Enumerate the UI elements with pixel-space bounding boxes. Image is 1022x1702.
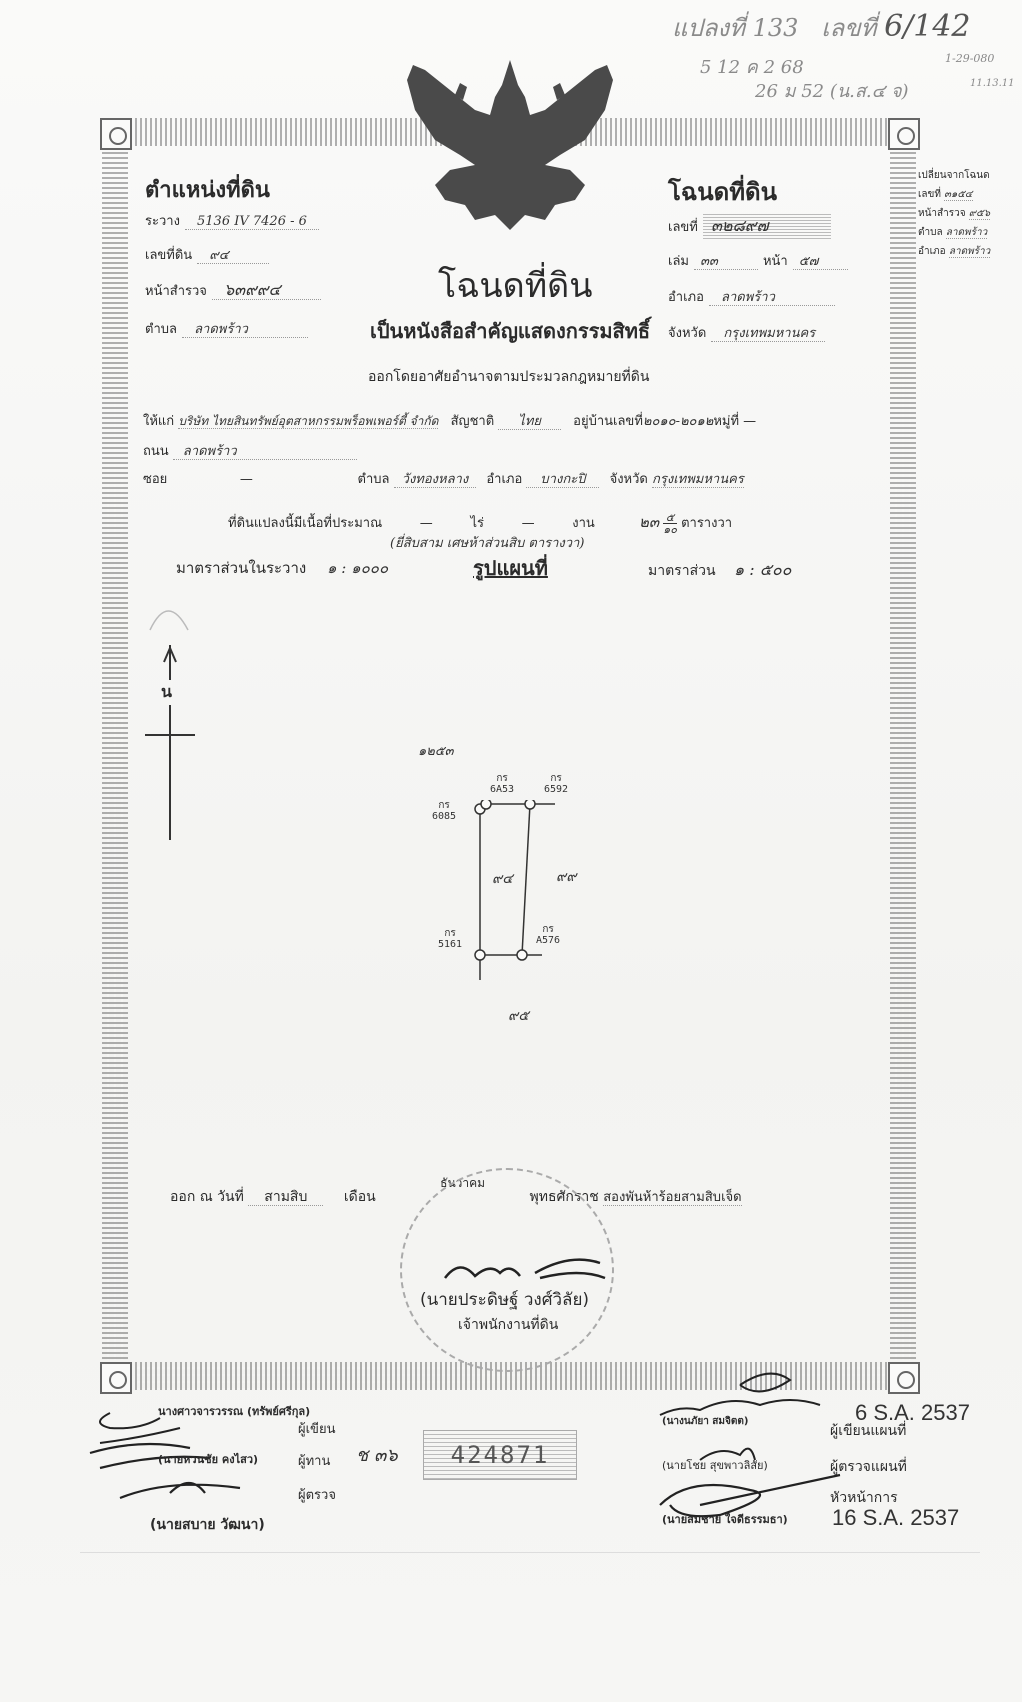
road-value: ลาดพร้าว <box>173 444 357 460</box>
writer-role: ผู้เขียน <box>298 1418 335 1439</box>
survey-row: หน้าสำรวจ ๖๓๙๙๔ <box>145 278 321 303</box>
grantee-province-value: กรุงเทพมหานคร <box>652 472 744 488</box>
marker-code: กร <box>490 773 514 784</box>
sheet-row: ระวาง 5136 IV 7426 - 6 <box>145 210 345 231</box>
map-scale-label: มาตราส่วน <box>648 563 716 579</box>
marker-code: กร <box>544 773 568 784</box>
nationality-value: ไทย <box>498 414 561 430</box>
corner-ornament-icon <box>100 118 132 150</box>
officer-title: เจ้าพนักงานที่ดิน <box>458 1314 558 1336</box>
sheet-value: 5136 IV 7426 - 6 <box>185 214 319 230</box>
grantee-tambon-label: ตำบล <box>358 472 390 487</box>
subtitle: เป็นหนังสือสำคัญแสดงกรรมสิทธิ์ <box>370 315 650 347</box>
map-checker-name: (นายโชย สุขพาวลิสัย) <box>662 1456 768 1474</box>
tambon-row: ตำบล ลาดพร้าว <box>145 318 308 339</box>
wa-value: ๒๓ <box>639 513 659 531</box>
grantee-row-1: ให้แก่ บริษัท ไทยสินทรัพย์อุตสาหกรรมพร็อ… <box>143 410 873 431</box>
rai-value: — <box>386 516 466 531</box>
deed-title: โฉนดที่ดิน <box>668 172 777 211</box>
issued-year: สองพันห้าร้อยสามสิบเจ็ด <box>603 1190 741 1206</box>
annotation-parcel-text: แปลงที่ 133 <box>672 14 798 42</box>
area-in-words: (ยี่สิบสาม เศษห้าส่วนสิบ ตารางวา) <box>390 532 584 553</box>
amphoe-value: ลาดพร้าว <box>709 290 835 306</box>
side-row-value: ๙๕๖ <box>969 208 990 220</box>
side-box-row: ตำบล ลาดพร้าว <box>918 225 1022 240</box>
grantee-amphoe-label: อำเภอ <box>486 472 522 487</box>
deed-amphoe-row: อำเภอ ลาดพร้าว <box>668 286 835 307</box>
corner-ornament-icon <box>888 1362 920 1394</box>
sheet-scale-value: ๑ : ๑๐๐๐ <box>327 559 388 577</box>
fold-line <box>80 1552 980 1553</box>
checker-name: (นายหวนชัย คงไสว) <box>158 1450 258 1468</box>
road-label: ถนน <box>143 444 169 459</box>
soi-value: — <box>171 472 321 487</box>
month-label: เดือน <box>344 1189 376 1205</box>
side-row-label: อำเภอ <box>918 246 946 257</box>
parcel-plan-drawing <box>470 800 560 980</box>
grantee-tambon-value: วังทองหลาง <box>394 472 477 488</box>
grantee-province-label: จังหวัด <box>610 472 648 487</box>
marker-code: กร <box>438 928 462 939</box>
issued-label: ออก ณ วันที่ <box>170 1189 244 1205</box>
ngan-value: — <box>488 516 568 531</box>
wa-fraction-den: ๑๐ <box>663 524 677 535</box>
grantee-row-3: ซอย — ตำบล วังทองหลาง อำเภอ บางกะปิ จังห… <box>143 468 883 489</box>
side-row-label: หน้าสำรวจ <box>918 208 966 219</box>
boundary-marker: กร5161 <box>438 928 462 950</box>
parcel-center-label: ๙๔ <box>492 868 513 890</box>
neighbor-bottom-parcel: ๙๕ <box>508 1005 529 1027</box>
annotation-side1: 1-29-080 <box>945 52 994 65</box>
wa-fraction: ๕ ๑๐ <box>663 512 677 535</box>
province-value: กรุงเทพมหานคร <box>711 326 825 342</box>
boundary-marker: กร6A53 <box>490 773 514 795</box>
province-label: จังหวัด <box>668 326 706 341</box>
parcel-label: เลขที่ดิน <box>145 248 192 263</box>
book-label: เล่ม <box>668 254 689 269</box>
survey-label: หน้าสำรวจ <box>145 284 207 299</box>
grantee-row-2: ถนน ลาดพร้าว <box>143 440 357 461</box>
corner-ornament-icon <box>100 1362 132 1394</box>
boundary-marker: กรA576 <box>536 924 560 946</box>
sheet-scale: มาตราส่วนในระวาง ๑ : ๑๐๐๐ <box>176 556 388 580</box>
side-box-row: อำเภอ ลาดพร้าว <box>918 244 1022 259</box>
deed-no-value: ๓๒๘๙๗ <box>703 214 831 239</box>
side-row-label: เลขที่ <box>918 189 941 200</box>
deed-province-row: จังหวัด กรุงเทพมหานคร <box>668 322 825 343</box>
side-box-row: เลขที่ ๓๑๕๔ <box>918 187 1022 202</box>
marker-number: 5161 <box>438 939 462 950</box>
inspector-role: ผู้ตรวจ <box>298 1484 336 1505</box>
map-title: รูปแผนที่ <box>473 552 548 584</box>
map-writer-role: ผู้เขียนแผนที่ <box>830 1420 906 1442</box>
neighbor-right-parcel: ๙๙ <box>556 866 577 888</box>
tambon-label: ตำบล <box>145 322 177 337</box>
page-label: หน้า <box>763 254 788 269</box>
land-title-deed-page: แปลงที่ 133 เลขที่ 6/142 5 12 ค 2 68 26 … <box>0 0 1022 1702</box>
marker-code: กร <box>432 800 456 811</box>
officer-signature <box>440 1248 610 1288</box>
parcel-row: เลขที่ดิน ๙๔ <box>145 244 269 265</box>
annotation-line3: 26 ม 52 (น.ส.๔ จ) <box>755 76 909 105</box>
sheet-label: ระวาง <box>145 214 180 229</box>
serial-prefix: ช ๓๖ <box>356 1440 398 1469</box>
corner-ornament-icon <box>888 118 920 150</box>
main-title: โฉนดที่ดิน <box>438 258 592 312</box>
side-row-label: ตำบล <box>918 227 943 238</box>
north-arrow-icon <box>140 600 200 850</box>
boundary-marker: กร6592 <box>544 773 568 795</box>
head-name: (นายสมชาย ใจดีธรรมธา) <box>662 1510 788 1528</box>
map-scale-value: ๑ : ๕๐๐ <box>734 560 791 579</box>
side-box-row: หน้าสำรวจ ๙๕๖ <box>918 206 1022 221</box>
wa-label: ตารางวา <box>681 516 732 531</box>
marker-code: กร <box>536 924 560 935</box>
annotation-no-label: เลขที่ <box>821 14 876 42</box>
marker-number: A576 <box>536 935 560 946</box>
issued-day: สามสิบ <box>248 1189 323 1206</box>
head-date: 16 S.A. 2537 <box>832 1505 959 1531</box>
book-value: ๓๓ <box>694 254 758 270</box>
annotation-parcel: แปลงที่ 133 เลขที่ 6/142 <box>672 8 971 47</box>
moo-label: หมู่ที่ <box>713 414 739 429</box>
marker-number: 6085 <box>432 811 456 822</box>
rai-label: ไร่ <box>470 516 484 531</box>
side-row-value: ๓๑๕๔ <box>944 189 972 201</box>
neighbor-top-parcel: ๑๒๕๓ <box>418 740 454 761</box>
area-prefix: ที่ดินแปลงนี้มีเนื้อที่ประมาณ <box>228 516 382 531</box>
checker-role: ผู้ทาน <box>298 1450 330 1471</box>
left-border-pattern <box>102 152 128 1360</box>
inspector-name: (นายสบาย วัฒนา) <box>150 1514 265 1536</box>
issued-by-text: ออกโดยอาศัยอำนาจตามประมวลกฎหมายที่ดิน <box>368 366 649 388</box>
right-border-pattern <box>890 152 916 1360</box>
side-row-value: ลาดพร้าว <box>949 246 990 258</box>
marker-number: 6A53 <box>490 784 514 795</box>
deed-no-label: เลขที่ <box>668 220 698 235</box>
annotation-no-value: 6/142 <box>884 9 970 44</box>
grantee-amphoe-value: บางกะปิ <box>526 472 599 488</box>
address-label: อยู่บ้านเลขที่ <box>573 414 643 429</box>
map-checker-role: ผู้ตรวจแผนที่ <box>830 1456 907 1478</box>
parcel-value: ๙๔ <box>197 248 268 264</box>
amphoe-label: อำเภอ <box>668 290 704 305</box>
side-box-title: เปลี่ยนจากโฉนด <box>918 168 1022 183</box>
moo-value: — <box>743 414 756 429</box>
survey-value: ๖๓๙๙๔ <box>212 280 321 300</box>
garuda-emblem-icon <box>395 55 625 230</box>
nationality-label: สัญชาติ <box>451 414 495 429</box>
side-box: เปลี่ยนจากโฉนด เลขที่ ๓๑๕๔ หน้าสำรวจ ๙๕๖… <box>918 168 1022 259</box>
serial-number-box: 424871 <box>423 1430 577 1480</box>
map-writer-name: (นางนภัยา สมจิตต) <box>662 1414 748 1429</box>
tambon-value: ลาดพร้าว <box>182 322 308 338</box>
map-scale: มาตราส่วน ๑ : ๕๐๐ <box>648 558 791 583</box>
annotation-side2: 11.13.11 <box>970 78 1015 89</box>
grantee-name: บริษัท ไทยสินทรัพย์อุตสาหกรรมพร็อพเพอร์ต… <box>178 414 438 429</box>
location-title: ตำแหน่งที่ดิน <box>145 172 270 207</box>
soi-label: ซอย <box>143 472 167 487</box>
address-value: ๒๐๑๐-๒๐๑๒ <box>643 414 713 429</box>
to-label: ให้แก่ <box>143 414 174 429</box>
north-label: น <box>161 680 172 705</box>
officer-name: (นายประดิษฐ์ วงศ์วิลัย) <box>420 1286 589 1313</box>
deed-book-row: เล่ม ๓๓ หน้า ๕๗ <box>668 250 848 271</box>
marker-number: 6592 <box>544 784 568 795</box>
page-value: ๕๗ <box>793 254 849 270</box>
side-row-value: ลาดพร้าว <box>946 227 987 239</box>
writer-name: นางศาวจารวรรณ (ทรัพย์ศรีกุล) <box>158 1402 310 1420</box>
sheet-scale-label: มาตราส่วนในระวาง <box>176 559 306 577</box>
deed-no-row: เลขที่ ๓๒๘๙๗ <box>668 214 831 239</box>
boundary-marker: กร6085 <box>432 800 456 822</box>
ngan-label: งาน <box>572 516 595 531</box>
